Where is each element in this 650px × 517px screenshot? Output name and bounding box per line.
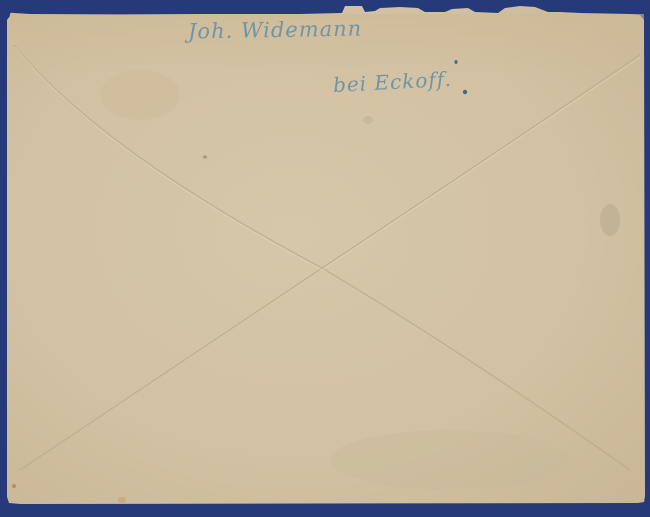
envelope-photo: Joh. Widemann bei Eckoff. [0,0,650,517]
envelope-paper [7,6,645,504]
envelope-back [0,0,650,517]
sender-name-handwriting: Joh. Widemann [188,16,363,43]
